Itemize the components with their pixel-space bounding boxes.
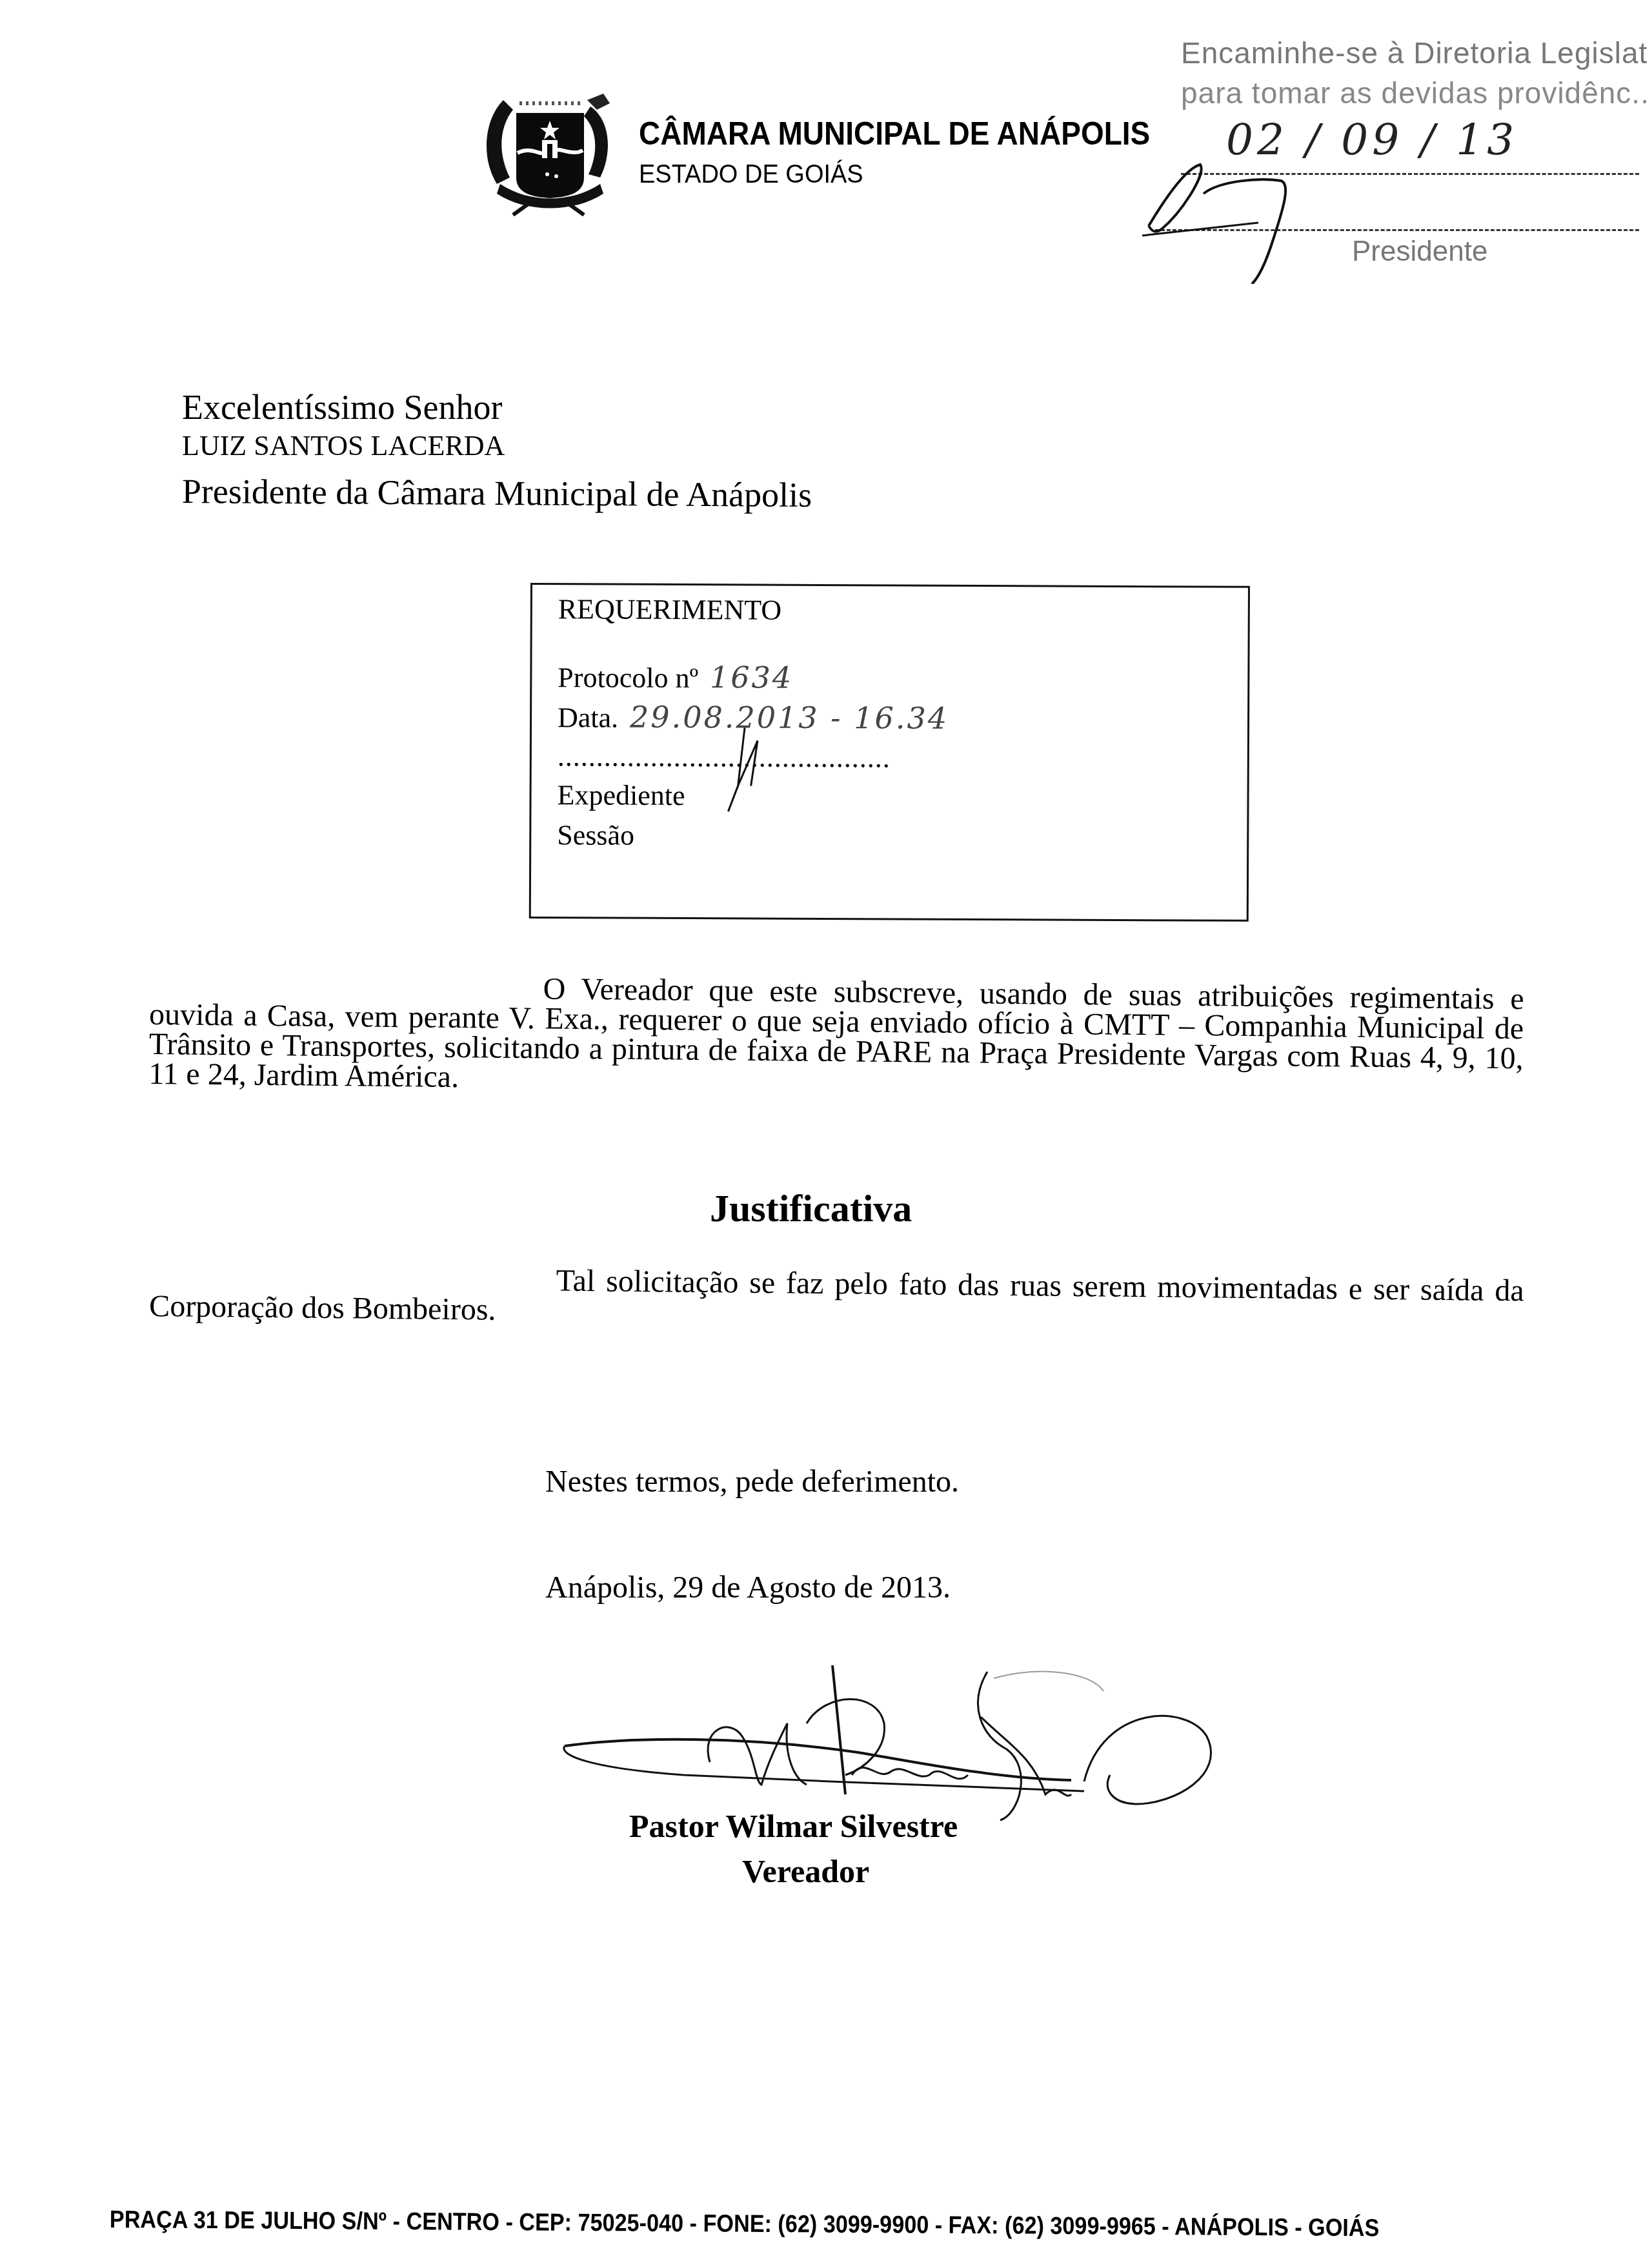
- addressee-title: Presidente da Câmara Municipal de Anápol…: [182, 471, 812, 515]
- addressee-salutation: Excelentíssimo Senhor: [182, 387, 502, 427]
- stamp-role-label: Presidente: [1352, 236, 1487, 268]
- place-and-date: Anápolis, 29 de Agosto de 2013.: [545, 1570, 951, 1605]
- justification-paragraph: Tal solicitação se faz pelo fato das rua…: [149, 1262, 1524, 1335]
- initials-mark-icon: [725, 715, 783, 844]
- protocol-dotted-line: ........................................…: [558, 740, 891, 774]
- coat-of-arms-icon: [478, 81, 619, 216]
- expediente-label: Expediente: [557, 778, 685, 812]
- protocol-number-label: Protocolo nº: [558, 662, 698, 694]
- addressee-name: LUIZ SANTOS LACERDA: [182, 429, 505, 462]
- signer-role: Vereador: [742, 1852, 869, 1890]
- stamp-instruction-line-2: para tomar as devidas providênc...: [1181, 76, 1652, 110]
- protocol-date-label: Data.: [558, 702, 618, 733]
- closing-formula: Nestes termos, pede deferimento.: [545, 1464, 959, 1499]
- president-signature-icon: [1142, 155, 1387, 284]
- justification-heading: Justificativa: [710, 1186, 912, 1231]
- sessao-label: Sessão: [557, 818, 634, 852]
- protocol-box-title: REQUERIMENTO: [558, 593, 782, 627]
- protocol-number-row: Protocolo nº1634: [558, 659, 793, 695]
- organization-name: CÂMARA MUNICIPAL DE ANÁPOLIS: [639, 115, 1150, 152]
- protocol-number-value: 1634: [710, 660, 793, 695]
- protocol-box: REQUERIMENTO Protocolo nº1634 Data.29.08…: [529, 583, 1250, 922]
- stamp-instruction-line-1: Encaminhe-se à Diretoria Legislat: [1181, 36, 1647, 70]
- protocol-date-value: 29.08.2013 - 16.34: [630, 700, 949, 736]
- request-paragraph: O Vereador que este subscreve, usando de…: [148, 970, 1524, 1103]
- signer-name: Pastor Wilmar Silvestre: [629, 1807, 958, 1845]
- footer-address: PRAÇA 31 DE JULHO S/Nº - CENTRO - CEP: 7…: [110, 2206, 1380, 2242]
- organization-state: ESTADO DE GOIÁS: [639, 160, 863, 189]
